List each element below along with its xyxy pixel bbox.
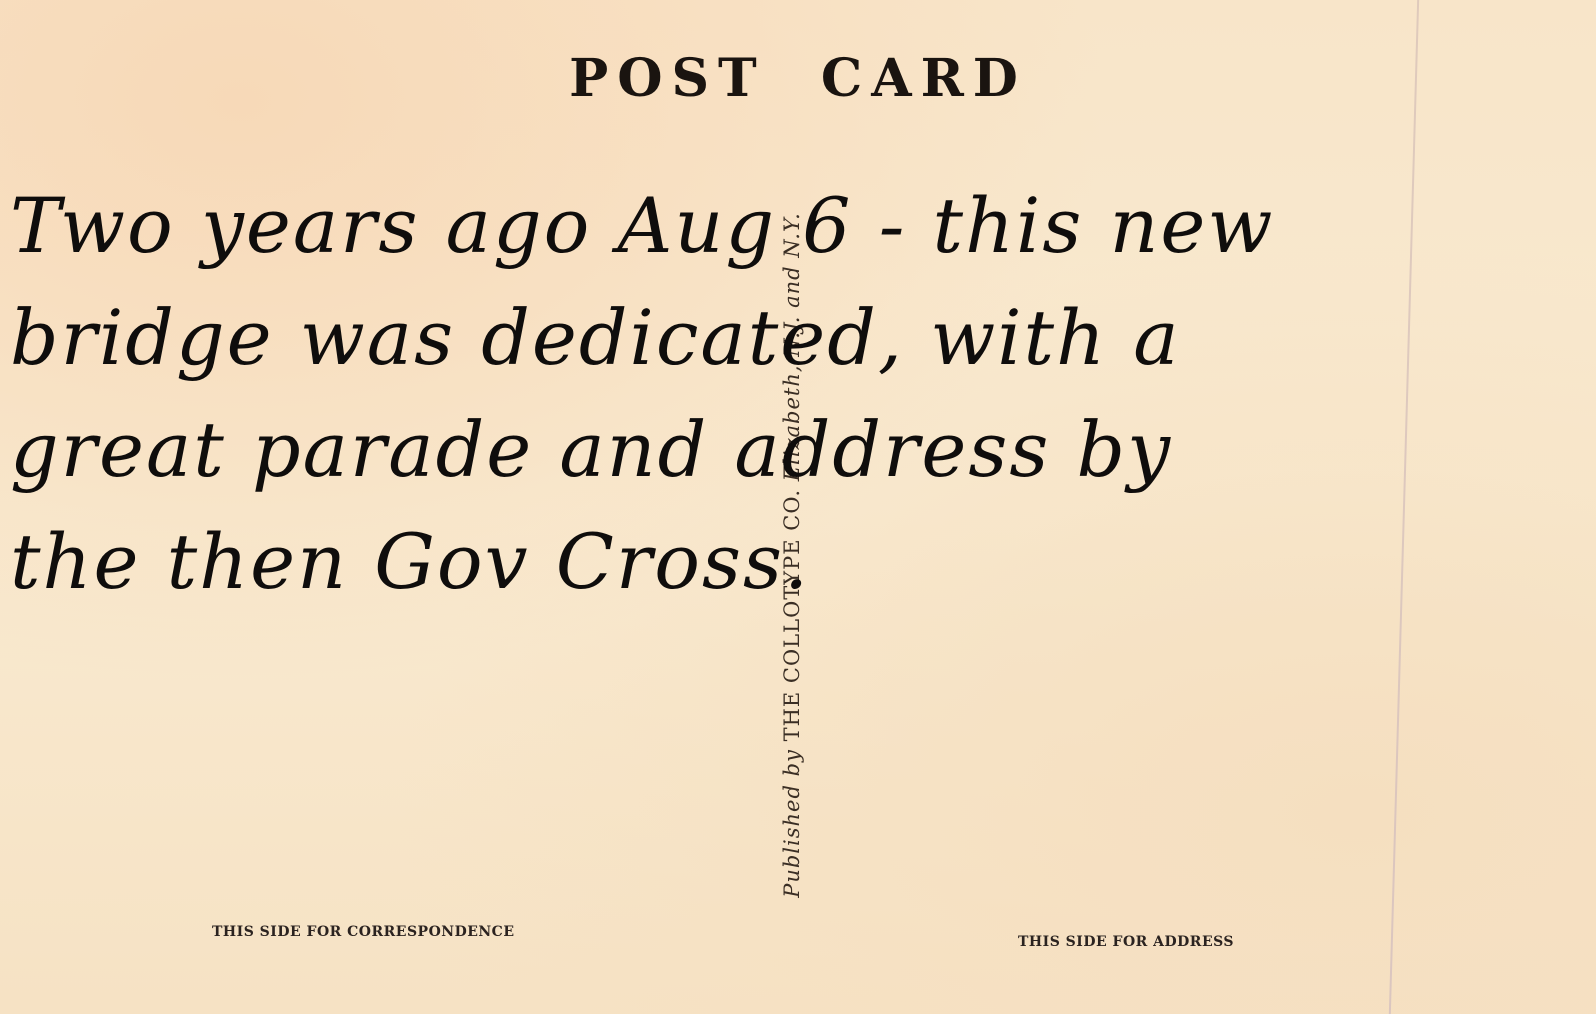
correspondence-label: THIS SIDE FOR CORRESPONDENCE bbox=[212, 924, 515, 940]
handwritten-message: Two years ago Aug 6 - this new bridge wa… bbox=[10, 170, 1450, 618]
message-line: great parade and address by bbox=[10, 394, 1450, 506]
post-card-heading: POST CARD bbox=[0, 48, 1596, 109]
publisher-prefix: Published by bbox=[780, 749, 804, 898]
title-word-card: CARD bbox=[821, 48, 1027, 109]
postcard-back: POST CARD Published by THE COLLOTYPE CO.… bbox=[0, 0, 1596, 1014]
title-word-post: POST bbox=[569, 48, 766, 109]
message-line: bridge was dedicated, with a bbox=[10, 282, 1450, 394]
address-label: THIS SIDE FOR ADDRESS bbox=[1018, 934, 1234, 950]
message-line: the then Gov Cross. bbox=[10, 506, 1450, 618]
message-line: Two years ago Aug 6 - this new bbox=[10, 170, 1450, 282]
